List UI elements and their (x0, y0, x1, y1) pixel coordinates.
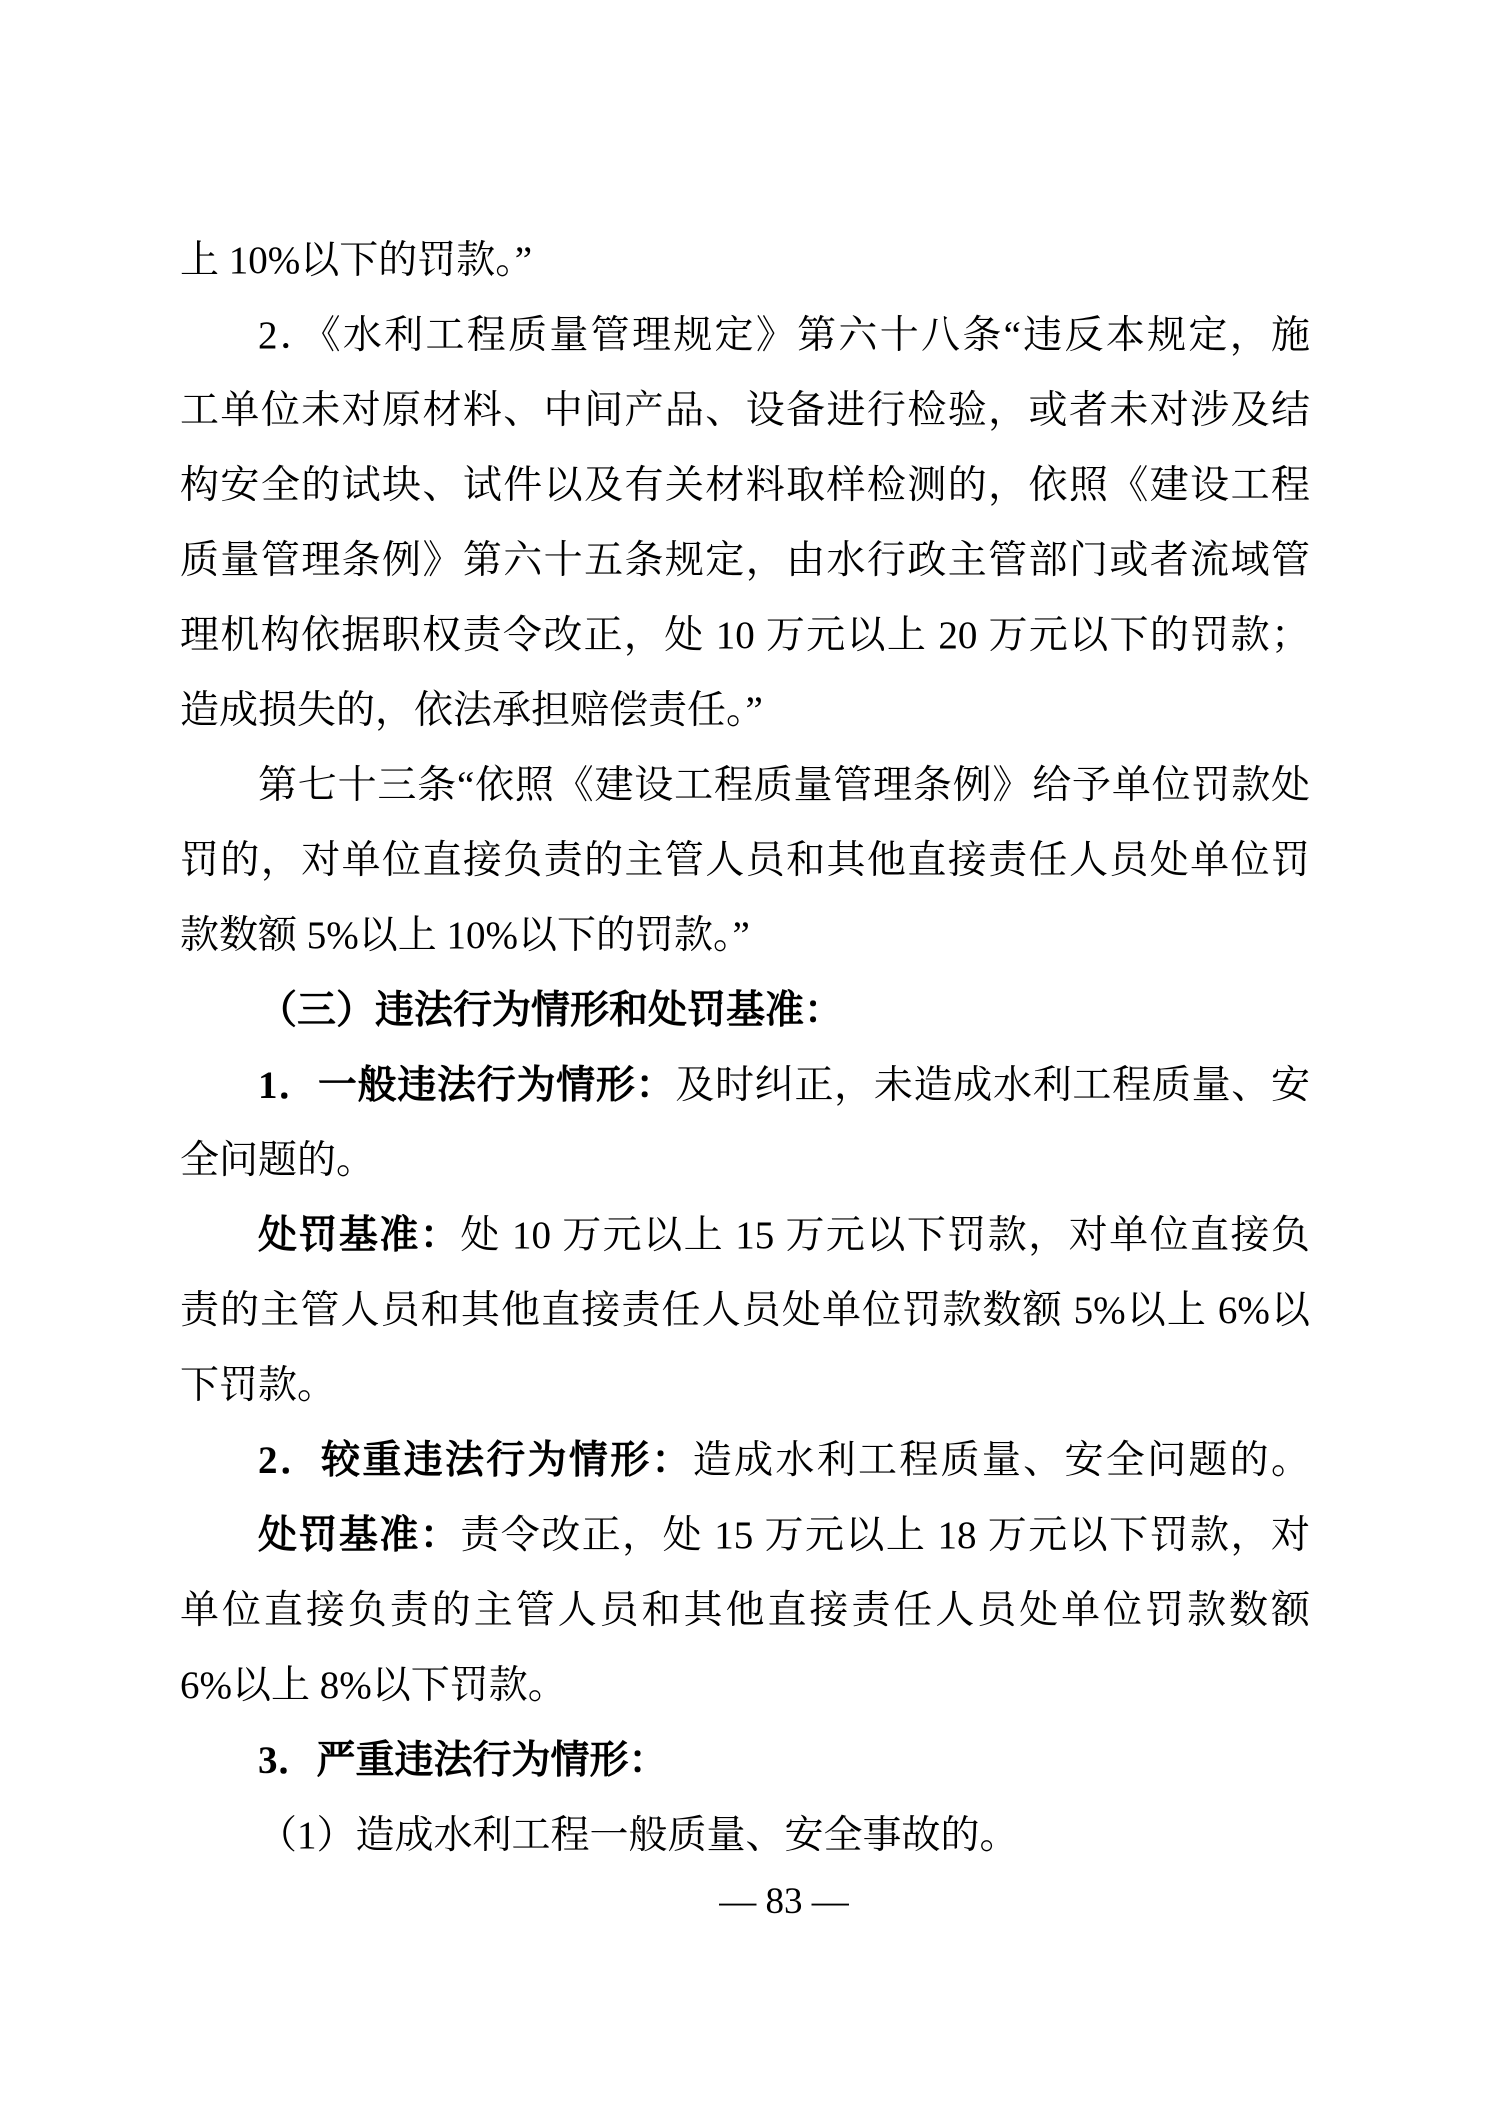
body-line: 质量管理条例》第六十五条规定，由水行政主管部门或者流域管 (180, 523, 1310, 598)
body-text: 及时纠正，未造成水利工程质量、安 (675, 1064, 1310, 1107)
body-line: 上 10%以下的罚款。” (180, 223, 1310, 298)
body-text: 款数额 5%以上 10%以下的罚款。” (180, 914, 750, 957)
body-text: 处 10 万元以上 15 万元以下罚款，对单位直接负 (460, 1214, 1310, 1257)
body-line: 处罚基准：处 10 万元以上 15 万元以下罚款，对单位直接负 (180, 1198, 1310, 1273)
body-text: 单位直接负责的主管人员和其他直接责任人员处单位罚款数额 (180, 1589, 1310, 1632)
body-text: 全问题的。 (180, 1139, 375, 1182)
heading-text: 3．严重违法行为情形： (258, 1739, 668, 1782)
body-line: 处罚基准：责令改正，处 15 万元以上 18 万元以下罚款，对 (180, 1498, 1310, 1573)
body-text: 上 10%以下的罚款。” (180, 239, 532, 282)
body-line: （1）造成水利工程一般质量、安全事故的。 (180, 1798, 1310, 1873)
body-text: （1）造成水利工程一般质量、安全事故的。 (258, 1814, 1019, 1857)
body-text: 下罚款。 (180, 1364, 336, 1407)
body-line: 构安全的试块、试件以及有关材料取样检测的，依照《建设工程 (180, 448, 1310, 523)
item-label: 1．一般违法行为情形： (258, 1064, 675, 1107)
item-label: 处罚基准： (258, 1514, 460, 1557)
item-label: 处罚基准： (258, 1214, 460, 1257)
page-number: — 83 — (0, 1880, 1488, 1924)
body-line: 下罚款。 (180, 1348, 1310, 1423)
body-text: 罚的，对单位直接负责的主管人员和其他直接责任人员处单位罚 (180, 839, 1310, 882)
body-text: 2．《水利工程质量管理规定》第六十八条“违反本规定，施 (258, 314, 1310, 357)
section-heading-line: 3．严重违法行为情形： (180, 1723, 1310, 1798)
body-line: 全问题的。 (180, 1123, 1310, 1198)
body-line: 罚的，对单位直接负责的主管人员和其他直接责任人员处单位罚 (180, 823, 1310, 898)
section-heading-line: （三）违法行为情形和处罚基准： (180, 973, 1310, 1048)
body-text: 责令改正，处 15 万元以上 18 万元以下罚款，对 (460, 1514, 1310, 1557)
document-page: { "document": { "lines": [ {"runs": [{"t… (0, 0, 1488, 2104)
item-label: 2．较重违法行为情形： (258, 1439, 693, 1482)
body-text: 造成损失的，依法承担赔偿责任。” (180, 689, 763, 732)
body-line: 责的主管人员和其他直接责任人员处单位罚款数额 5%以上 6%以 (180, 1273, 1310, 1348)
body-line: 1．一般违法行为情形：及时纠正，未造成水利工程质量、安 (180, 1048, 1310, 1123)
body-line: 造成损失的，依法承担赔偿责任。” (180, 673, 1310, 748)
body-text: 工单位未对原材料、中间产品、设备进行检验，或者未对涉及结 (180, 389, 1310, 432)
body-line: 第七十三条“依照《建设工程质量管理条例》给予单位罚款处 (180, 748, 1310, 823)
heading-text: （三）违法行为情形和处罚基准： (258, 989, 843, 1032)
body-line: 工单位未对原材料、中间产品、设备进行检验，或者未对涉及结 (180, 373, 1310, 448)
body-text: 6%以上 8%以下罚款。 (180, 1664, 567, 1707)
body-text: 构安全的试块、试件以及有关材料取样检测的，依照《建设工程 (180, 464, 1310, 507)
body-line: 单位直接负责的主管人员和其他直接责任人员处单位罚款数额 (180, 1573, 1310, 1648)
body-text: 质量管理条例》第六十五条规定，由水行政主管部门或者流域管 (180, 539, 1310, 582)
body-text: 第七十三条“依照《建设工程质量管理条例》给予单位罚款处 (258, 764, 1310, 807)
body-text: 造成水利工程质量、安全问题的。 (693, 1439, 1310, 1482)
document-body: 上 10%以下的罚款。” 2．《水利工程质量管理规定》第六十八条“违反本规定，施… (180, 223, 1310, 1873)
body-line: 2．较重违法行为情形：造成水利工程质量、安全问题的。 (180, 1423, 1310, 1498)
body-line: 6%以上 8%以下罚款。 (180, 1648, 1310, 1723)
body-text: 责的主管人员和其他直接责任人员处单位罚款数额 5%以上 6%以 (180, 1289, 1310, 1332)
body-line: 2．《水利工程质量管理规定》第六十八条“违反本规定，施 (180, 298, 1310, 373)
body-line: 理机构依据职权责令改正，处 10 万元以上 20 万元以下的罚款； (180, 598, 1310, 673)
body-text: 理机构依据职权责令改正，处 10 万元以上 20 万元以下的罚款； (180, 614, 1310, 657)
body-line: 款数额 5%以上 10%以下的罚款。” (180, 898, 1310, 973)
